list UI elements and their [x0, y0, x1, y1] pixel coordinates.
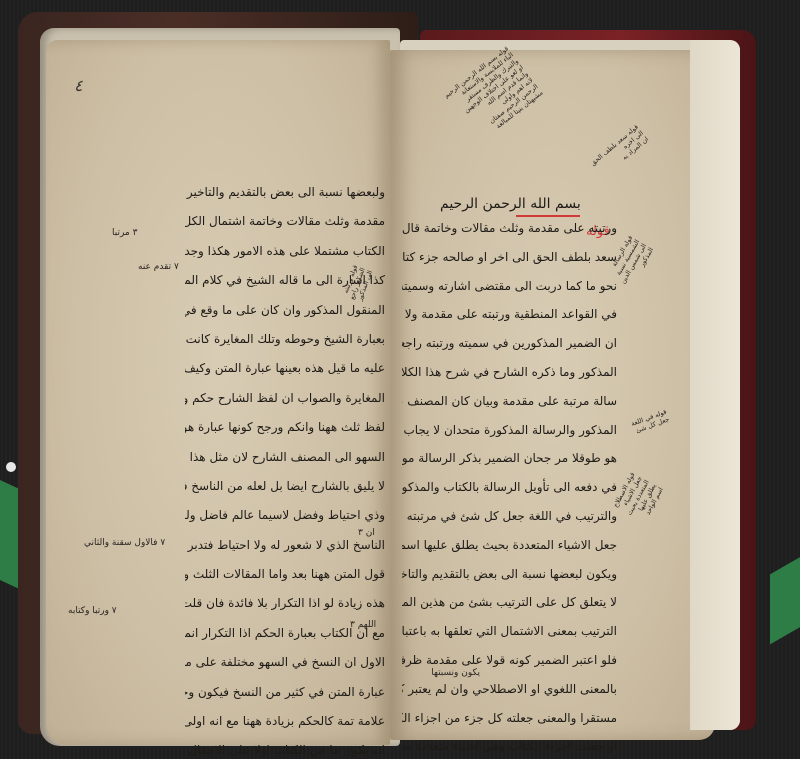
text-line: المذكور وما ذكره الشارح في شرح هذا الكلا… [402, 358, 617, 387]
text-line: لا يليق بالشارح ايضا بل لعله من الناسخ ف… [185, 472, 385, 501]
text-line: المغايرة والصواب ان لفظ الشارح حكم ودرس … [185, 384, 385, 413]
text-line: في دفعه الى تأويل الرسالة بالكتاب والمذك… [402, 473, 617, 502]
flyleaf-edge [690, 40, 740, 730]
text-line: انه يكون ما في الكتاب اولا على الاجمال ث… [185, 736, 385, 759]
text-line: بعبارة الشيخ وحوطه وتلك المغايرة كانت بح… [185, 325, 385, 354]
pin-head [6, 462, 16, 472]
folio-number: ٤ [74, 76, 83, 95]
text-line: ولبعضها نسبة الى بعض بالتقديم والتاخير ل… [185, 178, 385, 207]
text-line: الناسخ الذي لا شعور له ولا احتياط فتدبر … [185, 531, 385, 560]
text-line: عليه ما قيل هذه بعينها عبارة المتن وكيف … [185, 354, 385, 383]
text-line: الاول ان النسخ في السهو مختلفة على ما يد… [185, 648, 385, 677]
text-line: مع ان الكتاب بعبارة الحكم اذا التكرار ان… [185, 619, 385, 648]
text-line: السهو الى المصنف الشارح لان مثل هذا السه… [185, 443, 385, 472]
margin-note: ٧ تقدم عنه [138, 262, 179, 272]
text-line: هذه زيادة لو اذا التكرار بلا فائدة فان ق… [185, 589, 385, 618]
text-line: بالمعنى اللغوي او الاصطلاحي وان لم يعتبر… [402, 675, 617, 704]
text-line: مقدمة وثلث مقالات وخاتمة اشتمال الكل على… [185, 207, 385, 236]
text-line: الكتاب مشتملا على هذه الامور هكذا وجد عب… [185, 237, 385, 266]
text-line: والترتيب في اللغة جعل كل شئ في مرتبته وف… [402, 502, 617, 531]
text-line: او جعلت اجزاء الكتاب وهي اشياء متعددة بح… [402, 732, 617, 759]
text-line: وذي احتياط وفضل لاسيما عالم فاضل ولو وقع… [185, 501, 385, 530]
margin-note: ٣ مرتبا [112, 228, 137, 238]
text-line: لفظ ثلث ههنا وانكم ورجح كونها عبارة هو [185, 413, 385, 442]
bottom-catchword: يكون ونسبتها [440, 668, 480, 678]
text-line: مستقرا والمعنى جعلته كل جزء من اجزاء الك… [402, 704, 617, 733]
text-line: سالة مرتبة على مقدمة وبيان كان المصنف عا… [402, 387, 617, 416]
text-line: قول المتن ههنا بعد واما المقالات الثلث و… [185, 560, 385, 589]
text-line: الترتيب بمعنى الاشتمال التي تعلقها به با… [402, 617, 617, 646]
text-line: عبارة المتن في كثير من النسخ فيكون وجود … [185, 678, 385, 707]
text-line: لا يتعلق كل على الترتيب بشئ من هذين المع… [402, 588, 617, 617]
margin-note: ٧ ورتبا وكتابه [68, 606, 117, 616]
text-line: سعد بلطف الحق الى اخر او صالحه جزء كتاب … [402, 243, 617, 272]
text-line: علامة تمة كالحكم بزيادة ههنا مع انه اولى… [185, 707, 385, 736]
text-line: المذكور والرسالة المذكورة متحدان لا يجاب… [402, 416, 617, 445]
text-line: هو طوقلا مر جحان الضمير بذكر الرسالة موث… [402, 444, 617, 473]
margin-note: ٧ فالاول سقنة والثاني [84, 538, 165, 548]
